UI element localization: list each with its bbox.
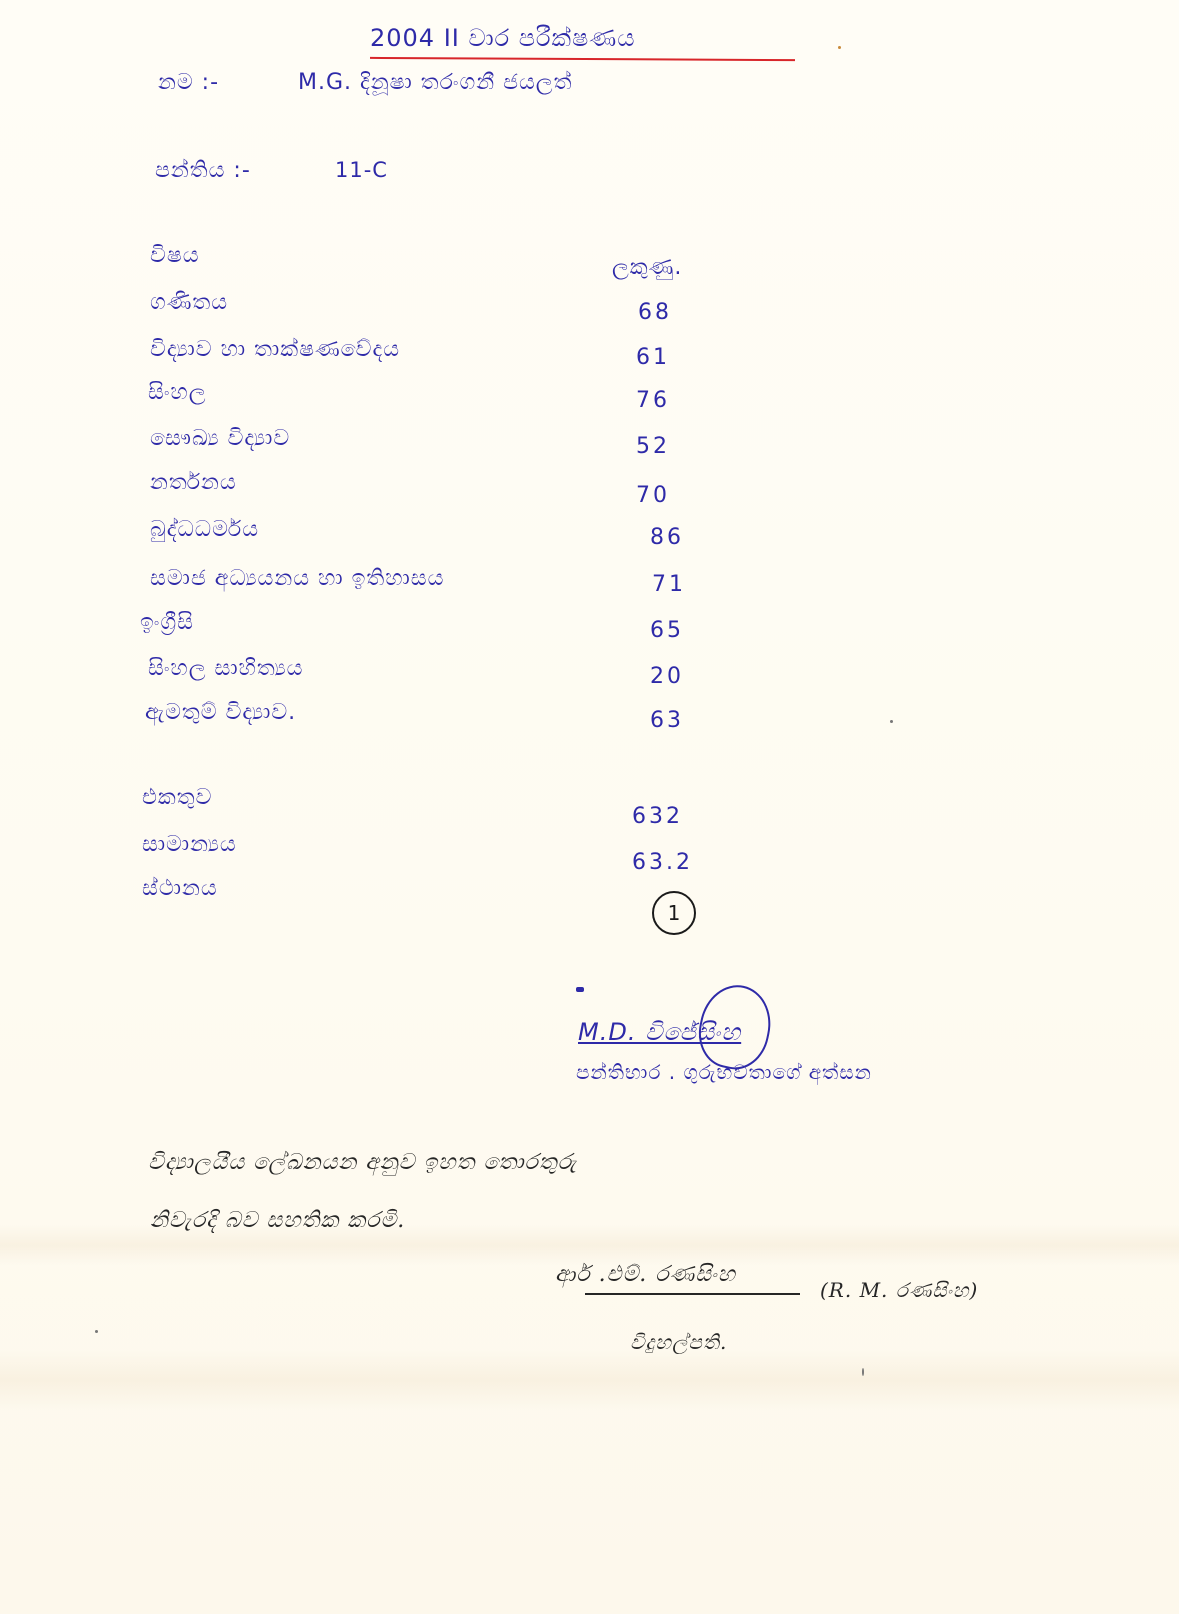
principal-name: (R. M. රණසිංහ): [820, 1278, 978, 1302]
total-value: 632: [632, 804, 683, 829]
subject-header: විෂය: [150, 243, 200, 268]
rank-label: ස්ථානය: [142, 876, 218, 901]
ink-mark: [576, 987, 584, 992]
subject-row-4: නර්තනය: [150, 470, 237, 495]
mark-row-4: 70: [636, 483, 670, 508]
mark-row-2: 76: [636, 388, 670, 413]
principal-title: විදුහල්පති.: [630, 1330, 727, 1354]
principal-remark-line2: නිවැරදි බව සහතික කරමි.: [150, 1208, 405, 1233]
marks-header: ලකුණු.: [612, 255, 682, 280]
mark-row-8: 20: [650, 664, 684, 689]
class-label: පන්තිය :-: [155, 158, 251, 183]
paper-speck: [890, 720, 893, 723]
report-title: 2004 II වාර පරීක්ෂණය: [370, 24, 635, 52]
class-value: 11-C: [335, 158, 388, 182]
student-name: M.G. දිනූෂා තරංගනී ජයලත්: [298, 70, 572, 95]
mark-row-5: 86: [650, 525, 684, 550]
paper-speck: [95, 1330, 98, 1333]
mark-row-7: 65: [650, 618, 684, 643]
paper-speck: [862, 1368, 864, 1376]
class-teacher-title: පන්තිභාර . ගුරුභවතාගේ අත්සන: [576, 1060, 872, 1084]
mark-row-9: 63: [650, 708, 684, 733]
class-teacher-signature: M.D. විජේසිංහ: [578, 1018, 741, 1046]
paper-speck: [838, 46, 841, 49]
subject-row-1: විද්‍යාව හා තාක්ෂණවේදය: [150, 337, 400, 362]
subject-row-9: ඇමතුම් විද්‍යාව.: [145, 700, 296, 725]
subject-row-7: ඉංග්‍රීසි: [140, 610, 194, 635]
paper-fold-shadow: [0, 1350, 1179, 1410]
subject-row-3: සෞඛ්‍ය විද්‍යාව: [150, 426, 290, 451]
principal-remark-line1: විද්‍යාලයීය ලේඛනයන අනුව ඉහත තොරතුරු: [148, 1150, 577, 1175]
name-label: නම :-: [158, 70, 219, 95]
principal-signature: ආර් .එම්. රණසිංහ: [555, 1262, 736, 1287]
total-label: එකතුව: [142, 785, 212, 810]
mark-row-1: 61: [636, 345, 670, 370]
average-value: 63.2: [632, 850, 693, 875]
subject-row-8: සිංහල සාහිත්‍යය: [148, 656, 304, 681]
mark-row-6: 71: [652, 572, 686, 597]
average-label: සාමාන්‍යය: [142, 832, 237, 857]
rank-circle: 1: [652, 891, 696, 935]
signature-line: [585, 1293, 800, 1295]
subject-row-2: සිංහල: [148, 380, 207, 405]
subject-row-6: සමාජ අධ්‍යයනය හා ඉතිහාසය: [150, 566, 444, 591]
mark-row-3: 52: [636, 434, 670, 459]
subject-row-0: ගණිතය: [150, 290, 228, 315]
rank-value: 1: [668, 901, 681, 925]
mark-row-0: 68: [638, 300, 672, 325]
subject-row-5: බුද්ධධර්මය: [150, 517, 259, 542]
